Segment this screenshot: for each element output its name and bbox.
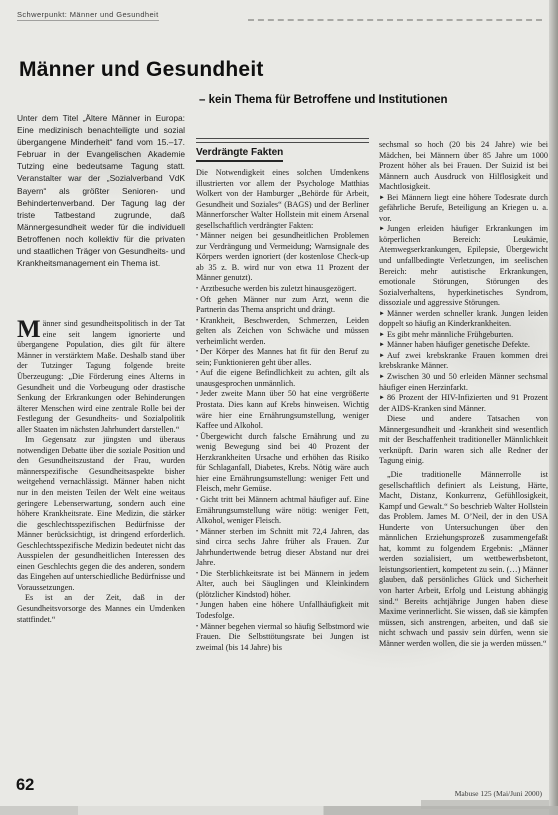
bullet-text: Männer werden schneller krank. Jungen le… <box>379 309 548 329</box>
fact-bullet-item: ►Es gibt mehr männliche Frühgeburten. <box>379 330 548 341</box>
heading-top-rule <box>196 138 369 143</box>
fact-bullet-item: ►Männer werden schneller krank. Jungen l… <box>379 309 548 330</box>
bullet-text: Auf zwei krebskranke Frauen kommen drei … <box>379 351 548 371</box>
bullet-text: Gicht tritt bei Männern achtmal häufiger… <box>196 495 369 525</box>
lead-paragraph: Unter dem Titel „Ältere Männer in Europa… <box>17 112 185 269</box>
fact-bullet-item: •Oft gehen Männer nur zum Arzt, wenn die… <box>196 295 369 316</box>
fact-bullet-item: ►Auf zwei krebskranke Frauen kommen drei… <box>379 351 548 372</box>
fact-bullet-item: •Auf die eigene Befindlichkeit zu achten… <box>196 368 369 389</box>
text-column-3: sechsmal so hoch (20 bis 24 Jahre) wie b… <box>379 140 548 649</box>
bullet-text: Männer haben häufiger genetische Defekte… <box>387 340 530 349</box>
body-paragraph: Es ist an der Zeit, daß in der Gesundhei… <box>17 593 185 625</box>
bullet-icon: • <box>196 495 198 506</box>
bullet-text: Oft gehen Männer nur zum Arzt, wenn die … <box>196 295 369 315</box>
bullet-text: Jeder zweite Mann über 50 hat eine vergr… <box>196 389 369 430</box>
fact-bullet-item: •Übergewicht durch falsche Ernährung und… <box>196 432 369 495</box>
bullet-text: Der Körper des Mannes hat fit für den Be… <box>196 347 369 367</box>
bullet-icon: • <box>196 316 198 327</box>
fact-bullet-item: •Gicht tritt bei Männern achtmal häufige… <box>196 495 369 527</box>
bullet-text: Zwischen 30 und 50 erleiden Männer sechs… <box>379 372 548 392</box>
fact-bullet-item: ►Jungen erleiden häufiger Erkrankungen i… <box>379 224 548 308</box>
bullet-text: Männer sterben im Schnitt mit 72,4 Jahre… <box>196 527 369 568</box>
bullet-text: Krankheit, Beschwerden, Schmerzen, Leide… <box>196 316 369 346</box>
section-heading-text: Verdrängte Fakten <box>196 147 283 162</box>
article-title: Männer und Gesundheit <box>19 58 264 82</box>
closing-paragraph: Diese und andere Tatsachen von Männerges… <box>379 414 548 467</box>
fact-bullet-item: •Die Sterblichkeitsrate ist bei Männern … <box>196 569 369 601</box>
bullet-icon: • <box>196 389 198 400</box>
fact-bullet-item: •Der Körper des Mannes hat fit für den B… <box>196 347 369 368</box>
bullet-icon: ► <box>379 193 385 204</box>
bullet-text: Die Sterblichkeitsrate ist bei Männern i… <box>196 569 369 599</box>
bullet-text: Männer neigen bei gesundheitlichen Probl… <box>196 231 369 282</box>
fact-bullet-item: •Männer neigen bei gesundheitlichen Prob… <box>196 231 369 284</box>
bullet-icon: • <box>196 231 198 242</box>
fact-bullet-item: •Männer begehen viermal so häufig Selbst… <box>196 622 369 654</box>
bullet-text: Arztbesuche werden bis zuletzt hinausgez… <box>200 284 356 293</box>
bullet-icon: • <box>196 600 198 611</box>
bullet-text: 86 Prozent der HIV-Infizierten und 91 Pr… <box>379 393 548 413</box>
closing-paragraph: „Die traditionelle Männerrolle ist gesel… <box>379 470 548 649</box>
scanned-magazine-page: Schwerpunkt: Männer und Gesundheit Männe… <box>0 0 558 815</box>
bullet-icon: • <box>196 622 198 633</box>
bullet-icon: ► <box>379 351 385 362</box>
fact-bullet-item: •Jungen haben eine höhere Unfallhäufigke… <box>196 600 369 621</box>
bullet-text: Übergewicht durch falsche Ernährung und … <box>196 432 369 494</box>
bullet-text: Männer begehen viermal so häufig Selbstm… <box>196 622 369 652</box>
text-column-1: Unter dem Titel „Ältere Männer in Europa… <box>17 112 185 625</box>
continuation-paragraph: sechsmal so hoch (20 bis 24 Jahre) wie b… <box>379 140 548 193</box>
fact-bullet-item: ►Männer haben häufiger genetische Defekt… <box>379 340 548 351</box>
bullet-icon: • <box>196 347 198 358</box>
fact-bullet-item: •Arztbesuche werden bis zuletzt hinausge… <box>196 284 369 295</box>
bullet-icon: ► <box>379 340 385 351</box>
bullet-text: Jungen haben eine höhere Unfallhäufigkei… <box>196 600 369 620</box>
bullet-text: Es gibt mehr männliche Frühgeburten. <box>387 330 513 339</box>
running-head: Schwerpunkt: Männer und Gesundheit <box>17 10 159 21</box>
bullet-icon: ► <box>379 372 385 383</box>
bullet-icon: ► <box>379 224 385 235</box>
body-paragraph: Männer sind gesundheitspolitisch in der … <box>17 319 185 435</box>
section-heading: Verdrängte Fakten <box>196 147 369 162</box>
bullet-text: Auf die eigene Befindlichkeit zu achten,… <box>196 368 369 388</box>
bullet-icon: • <box>196 569 198 580</box>
facts-intro-paragraph: Die Notwendigkeit eines solchen Umdenken… <box>196 168 369 231</box>
fact-bullet-item: ►Bei Männern liegt eine höhere Todesrate… <box>379 193 548 225</box>
fact-bullet-item: •Männer sterben im Schnitt mit 72,4 Jahr… <box>196 527 369 569</box>
paragraph-text: änner sind gesundheitspolitisch in der T… <box>17 319 185 433</box>
fact-bullet-item: •Krankheit, Beschwerden, Schmerzen, Leid… <box>196 316 369 348</box>
bullet-text: Bei Männern liegt eine höhere Todesrate … <box>379 193 548 223</box>
scan-edge-shadow <box>549 0 558 815</box>
bullet-icon: ► <box>379 330 385 341</box>
bullet-icon: • <box>196 527 198 538</box>
bullet-icon: • <box>196 432 198 443</box>
fact-bullet-item: ►86 Prozent der HIV-Infizierten und 91 P… <box>379 393 548 414</box>
bullet-icon: • <box>196 295 198 306</box>
bullet-icon: ► <box>379 309 385 320</box>
text-column-2: Verdrängte Fakten Die Notwendigkeit eine… <box>196 138 369 653</box>
decorative-dashed-rule <box>248 19 542 21</box>
bullet-icon: • <box>196 368 198 379</box>
scan-bottom-edge <box>0 806 558 815</box>
fact-bullet-item: •Jeder zweite Mann über 50 hat eine verg… <box>196 389 369 431</box>
bullet-text: Jungen erleiden häufiger Erkrankungen im… <box>379 224 548 307</box>
bullet-icon: ► <box>379 393 385 404</box>
body-paragraph: Im Gegensatz zur jüngsten und überaus no… <box>17 435 185 593</box>
fact-bullet-item: ►Zwischen 30 und 50 erleiden Männer sech… <box>379 372 548 393</box>
drop-cap: M <box>17 319 43 340</box>
issue-info: Mabuse 125 (Mai/Juni 2000) <box>455 789 542 798</box>
bullet-icon: • <box>196 284 198 295</box>
article-subtitle: – kein Thema für Betroffene und Institut… <box>199 94 448 106</box>
page-number: 62 <box>16 776 34 795</box>
